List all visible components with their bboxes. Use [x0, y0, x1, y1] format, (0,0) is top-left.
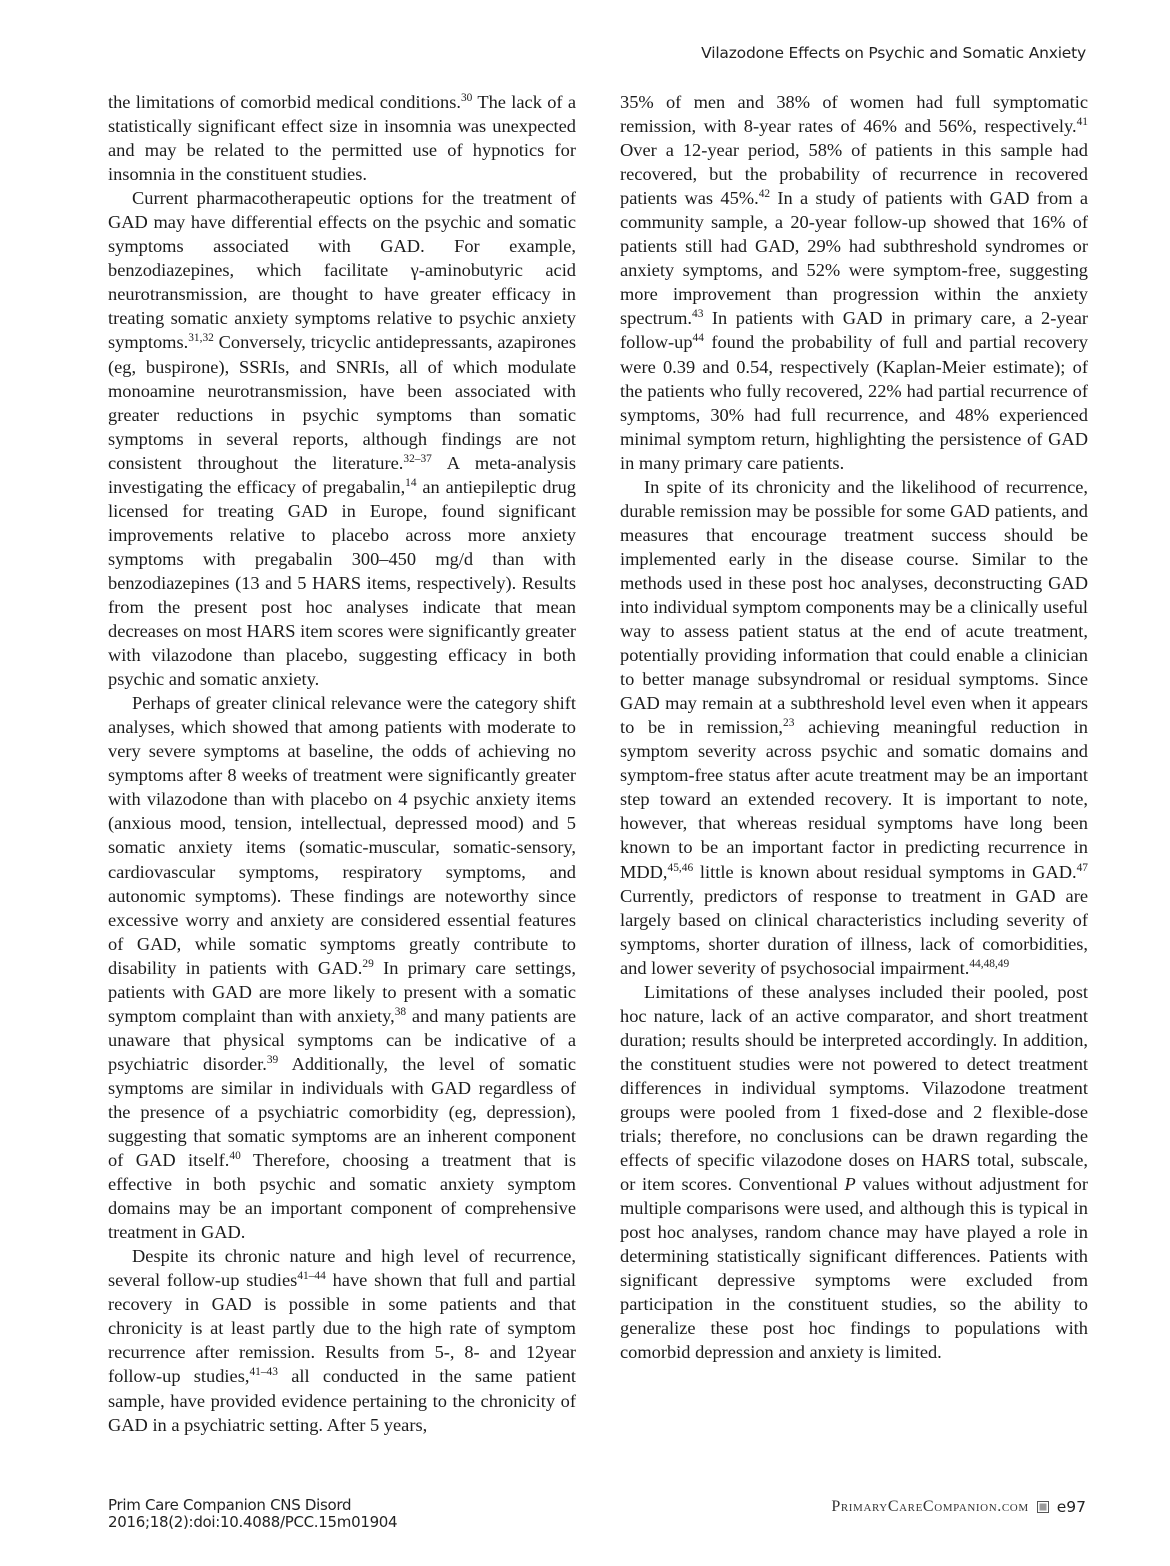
square-icon — [1037, 1501, 1049, 1513]
citation-ref: 42 — [759, 188, 770, 200]
italic-term: P — [845, 1174, 856, 1194]
paragraph: Current pharmacotherapeutic options for … — [108, 186, 576, 691]
citation-ref: 31,32 — [188, 333, 214, 345]
text: Current pharmacotherapeutic options for … — [108, 188, 576, 352]
text: 35% of men and 38% of women had full sym… — [620, 92, 1088, 136]
citation-ref: 40 — [229, 1150, 240, 1162]
text: little is known about residual symptoms … — [693, 862, 1076, 882]
paragraph: Limitations of these analyses included t… — [620, 980, 1088, 1365]
text: Conversely, tricyclic antidepressants, a… — [108, 332, 576, 472]
text: an antiepileptic drug licensed for treat… — [108, 477, 576, 689]
doi-citation: 2016;18(2):doi:10.4088/PCC.15m01904 — [108, 1514, 397, 1531]
citation-ref: 47 — [1077, 862, 1088, 874]
website-link[interactable]: PrimaryCareCompanion.com — [831, 1498, 1028, 1516]
right-column: 35% of men and 38% of women had full sym… — [620, 90, 1088, 1364]
citation-ref: 39 — [267, 1054, 278, 1066]
journal-name: Prim Care Companion CNS Disord — [108, 1497, 397, 1514]
text: Currently, predictors of response to tre… — [620, 886, 1088, 978]
citation-ref: 45,46 — [668, 862, 694, 874]
footer-citation: Prim Care Companion CNS Disord 2016;18(2… — [108, 1497, 397, 1531]
paragraph: 35% of men and 38% of women had full sym… — [620, 90, 1088, 475]
text: Perhaps of greater clinical relevance we… — [108, 693, 576, 978]
citation-ref: 41 — [1077, 116, 1088, 128]
paragraph: Despite its chronic nature and high leve… — [108, 1244, 576, 1436]
citation-ref: 44,48,49 — [969, 958, 1009, 970]
citation-ref: 41–44 — [297, 1270, 325, 1282]
text: values without adjustment for multiple c… — [620, 1174, 1088, 1362]
footer-site: PrimaryCareCompanion.com e97 — [831, 1498, 1086, 1516]
text: In spite of its chronicity and the likel… — [620, 477, 1088, 737]
citation-ref: 23 — [783, 717, 794, 729]
citation-ref: 41–43 — [249, 1367, 277, 1379]
citation-ref: 29 — [362, 958, 373, 970]
citation-ref: 30 — [461, 92, 472, 104]
paragraph: In spite of its chronicity and the likel… — [620, 475, 1088, 980]
citation-ref: 43 — [692, 309, 703, 321]
running-title: Vilazodone Effects on Psychic and Somati… — [701, 44, 1086, 62]
citation-ref: 14 — [405, 477, 416, 489]
citation-ref: 32–37 — [403, 453, 431, 465]
text: the limitations of comorbid medical cond… — [108, 92, 461, 112]
page-number: e97 — [1057, 1498, 1086, 1516]
left-column: the limitations of comorbid medical cond… — [108, 90, 576, 1437]
citation-ref: 38 — [395, 1006, 406, 1018]
text: Limitations of these analyses included t… — [620, 982, 1088, 1194]
citation-ref: 44 — [693, 333, 704, 345]
paragraph: the limitations of comorbid medical cond… — [108, 90, 576, 186]
paragraph: Perhaps of greater clinical relevance we… — [108, 691, 576, 1244]
text: achieving meaningful reduction in sympto… — [620, 717, 1088, 881]
text: found the probability of full and partia… — [620, 332, 1088, 472]
